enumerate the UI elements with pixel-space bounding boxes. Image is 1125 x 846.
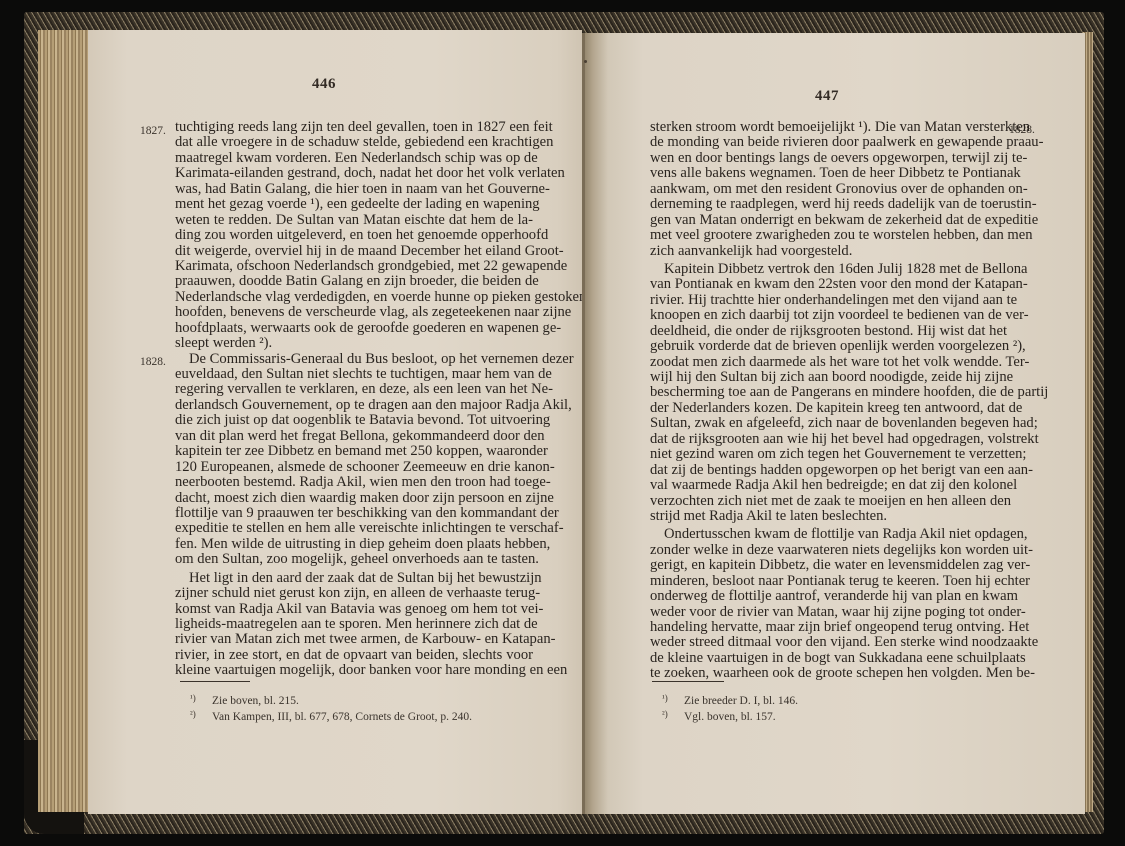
text-line: de monding van beide rivieren door paalw… (650, 135, 1007, 150)
text-line: 120 Europeanen, alsmede de schooner Zeem… (175, 460, 533, 475)
text-line: euveldaad, den Sultan niet slechts te tu… (175, 367, 533, 382)
text-line: verzochten zich niet met de zaak te moei… (650, 494, 1007, 509)
footnote-rule (180, 681, 250, 682)
text-line: deeldheid, die onder de rijksgrooten bes… (650, 324, 1007, 339)
text-line: wen en door bentings langs de oevers opg… (650, 151, 1007, 166)
text-line: De Commissaris-Generaal du Bus besloot, … (175, 352, 533, 367)
margin-year: 1827. (140, 125, 166, 137)
left-page-body: tuchtiging reeds lang zijn ten deel geva… (175, 120, 533, 679)
text-line: val waarmede Radja Akil hen bedreigde; e… (650, 478, 1007, 493)
text-line: minderen, besloot naar Pontianak terug t… (650, 574, 1007, 589)
text-line: dit weigerde, overviel hij in de maand D… (175, 244, 533, 259)
text-line: rivier van Matan zich met twee armen, de… (175, 632, 533, 647)
text-line: hoofden, benevens de verscheurde vlag, a… (175, 305, 533, 320)
text-line: maatregel kwam vorderen. Een Nederlandsc… (175, 151, 533, 166)
footnotes-left: ¹)Zie boven, bl. 215. ²)Van Kampen, III,… (190, 692, 472, 724)
footnote: ¹)Zie boven, bl. 215. (190, 692, 472, 708)
text-line: weten te redden. De Sultan van Matan eis… (175, 213, 533, 228)
text-line: niet gezind waren om zich tegen het Gouv… (650, 447, 1007, 462)
text-line: ligheids-maatregelen aan te sporen. Men … (175, 617, 533, 632)
text-line: neerbooten bestemd. Radja Akil, wien men… (175, 475, 533, 490)
text-line: strijd met Radja Akil te laten beslechte… (650, 509, 1007, 524)
text-line: gerigt, en kapitein Dibbetz, die water e… (650, 558, 1007, 573)
text-line: knoopen en zich daarbij tot zijn voordee… (650, 308, 1007, 323)
text-line: bescherming toe aan de Pangerans en mind… (650, 385, 1007, 400)
paper-speck (584, 60, 587, 63)
text-line: kapitein ter zee Dibbetz en bemand met 2… (175, 444, 533, 459)
text-line: praauwen, doodde Batin Galang en zijn br… (175, 274, 533, 289)
footnote: ²)Van Kampen, III, bl. 677, 678, Cornets… (190, 708, 472, 724)
text-line: gen van Matan onderrigt en bekwam de zek… (650, 213, 1007, 228)
text-line: om den Sultan, zoo mogelijk, geheel onve… (175, 552, 533, 567)
page-number-right: 447 (815, 88, 839, 105)
text-line: fen. Men wilde de uitrusting in diep geh… (175, 537, 533, 552)
right-page-body: sterken stroom wordt bemoeijelijkt ¹). D… (650, 120, 1007, 682)
page-number-left: 446 (312, 76, 336, 93)
text-line: dat de rijksgrooten aan wie hij het beve… (650, 432, 1007, 447)
page-edges-left (38, 30, 90, 812)
text-line: Karimata-eilanden gestrand, doch, nadat … (175, 166, 533, 181)
text-line: weder streed ditmaal voor den vijand. Ee… (650, 635, 1007, 650)
text-line: derlandsch Gouvernement, op te dragen aa… (175, 398, 533, 413)
footnotes-right: ¹)Zie breeder D. I, bl. 146. ²)Vgl. bove… (662, 692, 798, 724)
text-line: Nederlandsche vlag verdedigden, en voerd… (175, 290, 533, 305)
text-line: zonder welke in deze vaarwateren niets d… (650, 543, 1007, 558)
text-line: de kleine vaartuigen in de bogt van Sukk… (650, 651, 1007, 666)
text-line: regering vervallen te verklaren, en deze… (175, 382, 533, 397)
footnote-rule (652, 681, 724, 682)
margin-year: 1828. (140, 356, 166, 368)
text-line: die zich juist op dat oogenblik te Batav… (175, 413, 533, 428)
text-line: wijl hij den Sultan bij zich aan boord n… (650, 370, 1007, 385)
text-line: met veel grootere zwarigheden zou te wor… (650, 228, 1007, 243)
text-line: hoofdplaats, werwaarts ook de geroofde g… (175, 321, 533, 336)
text-line: sleept werden ²). (175, 336, 533, 351)
text-line: weder voor de rivier van Matan, waar hij… (650, 605, 1007, 620)
text-line: flottilje van 9 praauwen ter beschikking… (175, 506, 533, 521)
footnote: ¹)Zie breeder D. I, bl. 146. (662, 692, 798, 708)
text-line: expeditie te stellen en hem alle vereisc… (175, 521, 533, 536)
text-line: Karimata, ofschoon Nederlandsch grondgeb… (175, 259, 533, 274)
footnote: ²)Vgl. boven, bl. 157. (662, 708, 798, 724)
text-line: ding zou worden uitgeleverd, en toen het… (175, 228, 533, 243)
text-line: Sultan, zwak en afgeleefd, zich naar de … (650, 416, 1007, 431)
text-line: Kapitein Dibbetz vertrok den 16den Julij… (650, 262, 1007, 277)
text-line: dat zij de bentings hadden opgeworpen op… (650, 463, 1007, 478)
text-line: van Pontianak en kwam den 22sten voor de… (650, 277, 1007, 292)
text-line: onderweg de flottilje aantrof, veranderd… (650, 589, 1007, 604)
text-line: komst van Radja Akil van Batavia was gen… (175, 602, 533, 617)
text-line: van dit plan werd het fregat Bellona, ge… (175, 429, 533, 444)
text-line: dat alle vroegere in de schaduw stelde, … (175, 135, 533, 150)
text-line: dacht, moest zich dien waardig maken doo… (175, 491, 533, 506)
text-line: rivier, in zee stort, en dat de opvaart … (175, 648, 533, 663)
text-line: zich aanvankelijk had voorgesteld. (650, 244, 1007, 259)
book-spine (582, 33, 585, 814)
text-line: tuchtiging reeds lang zijn ten deel geva… (175, 120, 533, 135)
text-line: gebruik vorderde dat de brieven openlijk… (650, 339, 1007, 354)
text-line: Het ligt in den aard der zaak dat de Sul… (175, 571, 533, 586)
text-line: zoodat men zich daarmede als het ware to… (650, 355, 1007, 370)
text-line: kleine vaartuigen mogelijk, door banken … (175, 663, 533, 678)
text-line: ment het gezag voerde ¹), een gedeelte d… (175, 197, 533, 212)
text-line: handeling hervatte, maar zijn brief onge… (650, 620, 1007, 635)
text-line: zijner schuld niet gerust kon zijn, en a… (175, 586, 533, 601)
text-line: rivier. Hij trachtte hier onderhandeling… (650, 293, 1007, 308)
text-line: der Nederlanders kozen. De kapitein kree… (650, 401, 1007, 416)
text-line: Ondertusschen kwam de flottilje van Radj… (650, 527, 1007, 542)
text-line: te zoeken, waarheen ook de groote schepe… (650, 666, 1007, 681)
text-line: derneming te raadplegen, werd hij reeds … (650, 197, 1007, 212)
text-line: sterken stroom wordt bemoeijelijkt ¹). D… (650, 120, 1007, 135)
text-line: was, had Batin Galang, die hier toen in … (175, 182, 533, 197)
text-line: vens alle bakens wegnamen. Toen de heer … (650, 166, 1007, 181)
text-line: aankwam, om met den resident Gronovius o… (650, 182, 1007, 197)
